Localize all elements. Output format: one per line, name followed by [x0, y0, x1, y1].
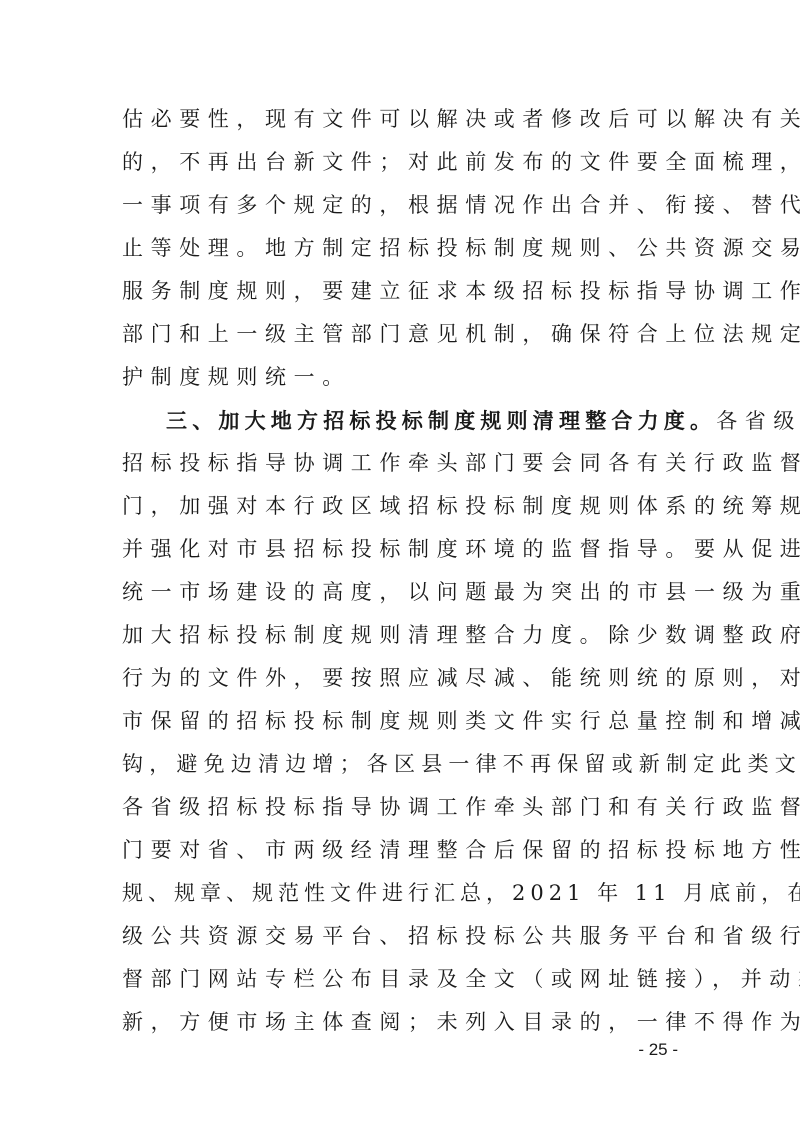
text-line: 护制度规则统一。 [122, 356, 682, 399]
section-3-heading: 三、加大地方招标投标制度规则清理整合力度。 [166, 408, 716, 433]
text-line: 各省级招标投标指导协调工作牵头部门和有关行政监督部 [122, 786, 682, 829]
text-line: 规、规章、规范性文件进行汇总，2021 年 11 月底前，在省 [122, 872, 682, 915]
text-line: 门，加强对本行政区域招标投标制度规则体系的统筹规划， [122, 485, 682, 528]
text-line: 钩，避免边清边增；各区县一律不再保留或新制定此类文件。 [122, 743, 682, 786]
text-line: 新，方便市场主体查阅；未列入目录的，一律不得作为行政 [122, 1001, 682, 1044]
text-line: 估必要性，现有文件可以解决或者修改后可以解决有关问题 [122, 98, 682, 141]
text-line: 门要对省、市两级经清理整合后保留的招标投标地方性法 [122, 829, 682, 872]
section-3-first-line-tail: 各省级 [716, 409, 800, 433]
document-page: 估必要性，现有文件可以解决或者修改后可以解决有关问题 的，不再出台新文件；对此前… [0, 0, 800, 1131]
text-line: 加大招标投标制度规则清理整合力度。除少数调整政府内部 [122, 614, 682, 657]
text-line: 督部门网站专栏公布目录及全文（或网址链接），并动态更 [122, 958, 682, 1001]
text-line: 的，不再出台新文件；对此前发布的文件要全面梳理，对同 [122, 141, 682, 184]
text-line: 市保留的招标投标制度规则类文件实行总量控制和增减挂 [122, 700, 682, 743]
text-line: 级公共资源交易平台、招标投标公共服务平台和省级行政监 [122, 915, 682, 958]
section-3-first-line: 三、加大地方招标投标制度规则清理整合力度。各省级 [122, 399, 682, 442]
text-line: 统一市场建设的高度，以问题最为突出的市县一级为重点， [122, 571, 682, 614]
text-line: 行为的文件外，要按照应减尽减、能统则统的原则，对各地 [122, 657, 682, 700]
text-line: 并强化对市县招标投标制度环境的监督指导。要从促进全国 [122, 528, 682, 571]
body-text: 估必要性，现有文件可以解决或者修改后可以解决有关问题 的，不再出台新文件；对此前… [122, 98, 682, 1044]
text-line: 部门和上一级主管部门意见机制，确保符合上位法规定，维 [122, 313, 682, 356]
page-number: - 25 - [638, 1040, 678, 1060]
text-line: 服务制度规则，要建立征求本级招标投标指导协调工作牵头 [122, 270, 682, 313]
text-line: 一事项有多个规定的，根据情况作出合并、衔接、替代、废 [122, 184, 682, 227]
text-line: 招标投标指导协调工作牵头部门要会同各有关行政监督部 [122, 442, 682, 485]
text-line: 止等处理。地方制定招标投标制度规则、公共资源交易管理 [122, 227, 682, 270]
